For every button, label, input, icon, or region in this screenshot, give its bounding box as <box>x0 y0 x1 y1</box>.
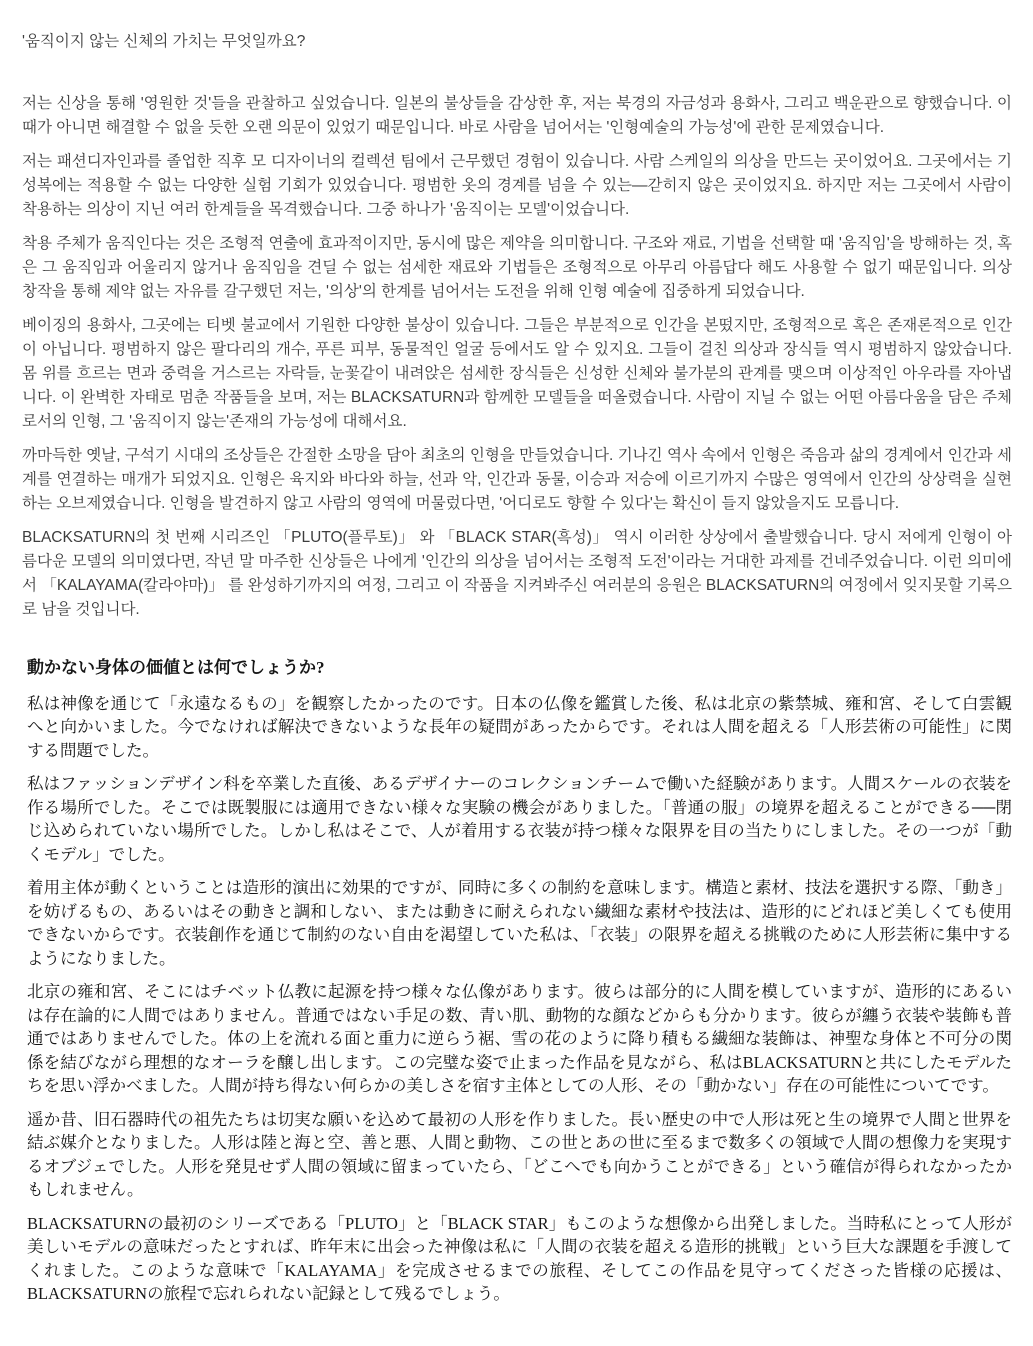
japanese-section: 動かない身体の価値とは何でしょうか? 私は神像を通じて「永遠なるもの」を観察した… <box>22 656 1012 1306</box>
japanese-paragraph-4: 北京の雍和宮、そこにはチベット仏教に起源を持つ様々な仏像があります。彼らは部分的… <box>27 980 1012 1098</box>
korean-paragraph-3: 착용 주체가 움직인다는 것은 조형적 연출에 효과적이지만, 동시에 많은 제… <box>22 232 1012 304</box>
japanese-paragraph-3: 着用主体が動くということは造形的演出に効果的ですが、同時に多くの制約を意味します… <box>27 876 1012 970</box>
japanese-paragraph-6: BLACKSATURNの最初のシリーズである「PLUTO」と「BLACK STA… <box>27 1212 1012 1306</box>
korean-paragraph-5: 까마득한 옛날, 구석기 시대의 조상들은 간절한 소망을 담아 최초의 인형을… <box>22 444 1012 516</box>
korean-paragraph-1: 저는 신상을 통해 '영원한 것'들을 관찰하고 싶었습니다. 일본의 불상들을… <box>22 92 1012 140</box>
document-page: '움직이지 않는 신체의 가치는 무엇일까요? 저는 신상을 통해 '영원한 것… <box>0 0 1033 1346</box>
japanese-paragraph-1: 私は神像を通じて「永遠なるもの」を観察したかったのです。日本の仏像を鑑賞した後、… <box>27 692 1012 763</box>
korean-paragraph-6: BLACKSATURN의 첫 번째 시리즈인 「PLUTO(플루토)」 와 「B… <box>22 526 1012 622</box>
japanese-title: 動かない身体の価値とは何でしょうか? <box>27 656 1012 680</box>
japanese-paragraph-2: 私はファッションデザイン科を卒業した直後、あるデザイナーのコレクションチームで働… <box>27 772 1012 866</box>
korean-title: '움직이지 않는 신체의 가치는 무엇일까요? <box>22 30 1012 54</box>
korean-paragraph-4: 베이징의 용화사, 그곳에는 티벳 불교에서 기원한 다양한 불상이 있습니다.… <box>22 314 1012 434</box>
japanese-paragraph-5: 遥か昔、旧石器時代の祖先たちは切実な願いを込めて最初の人形を作りました。長い歴史… <box>27 1108 1012 1202</box>
korean-paragraph-2: 저는 패션디자인과를 졸업한 직후 모 디자이너의 컬렉션 팀에서 근무했던 경… <box>22 150 1012 222</box>
korean-section: '움직이지 않는 신체의 가치는 무엇일까요? 저는 신상을 통해 '영원한 것… <box>22 30 1012 622</box>
